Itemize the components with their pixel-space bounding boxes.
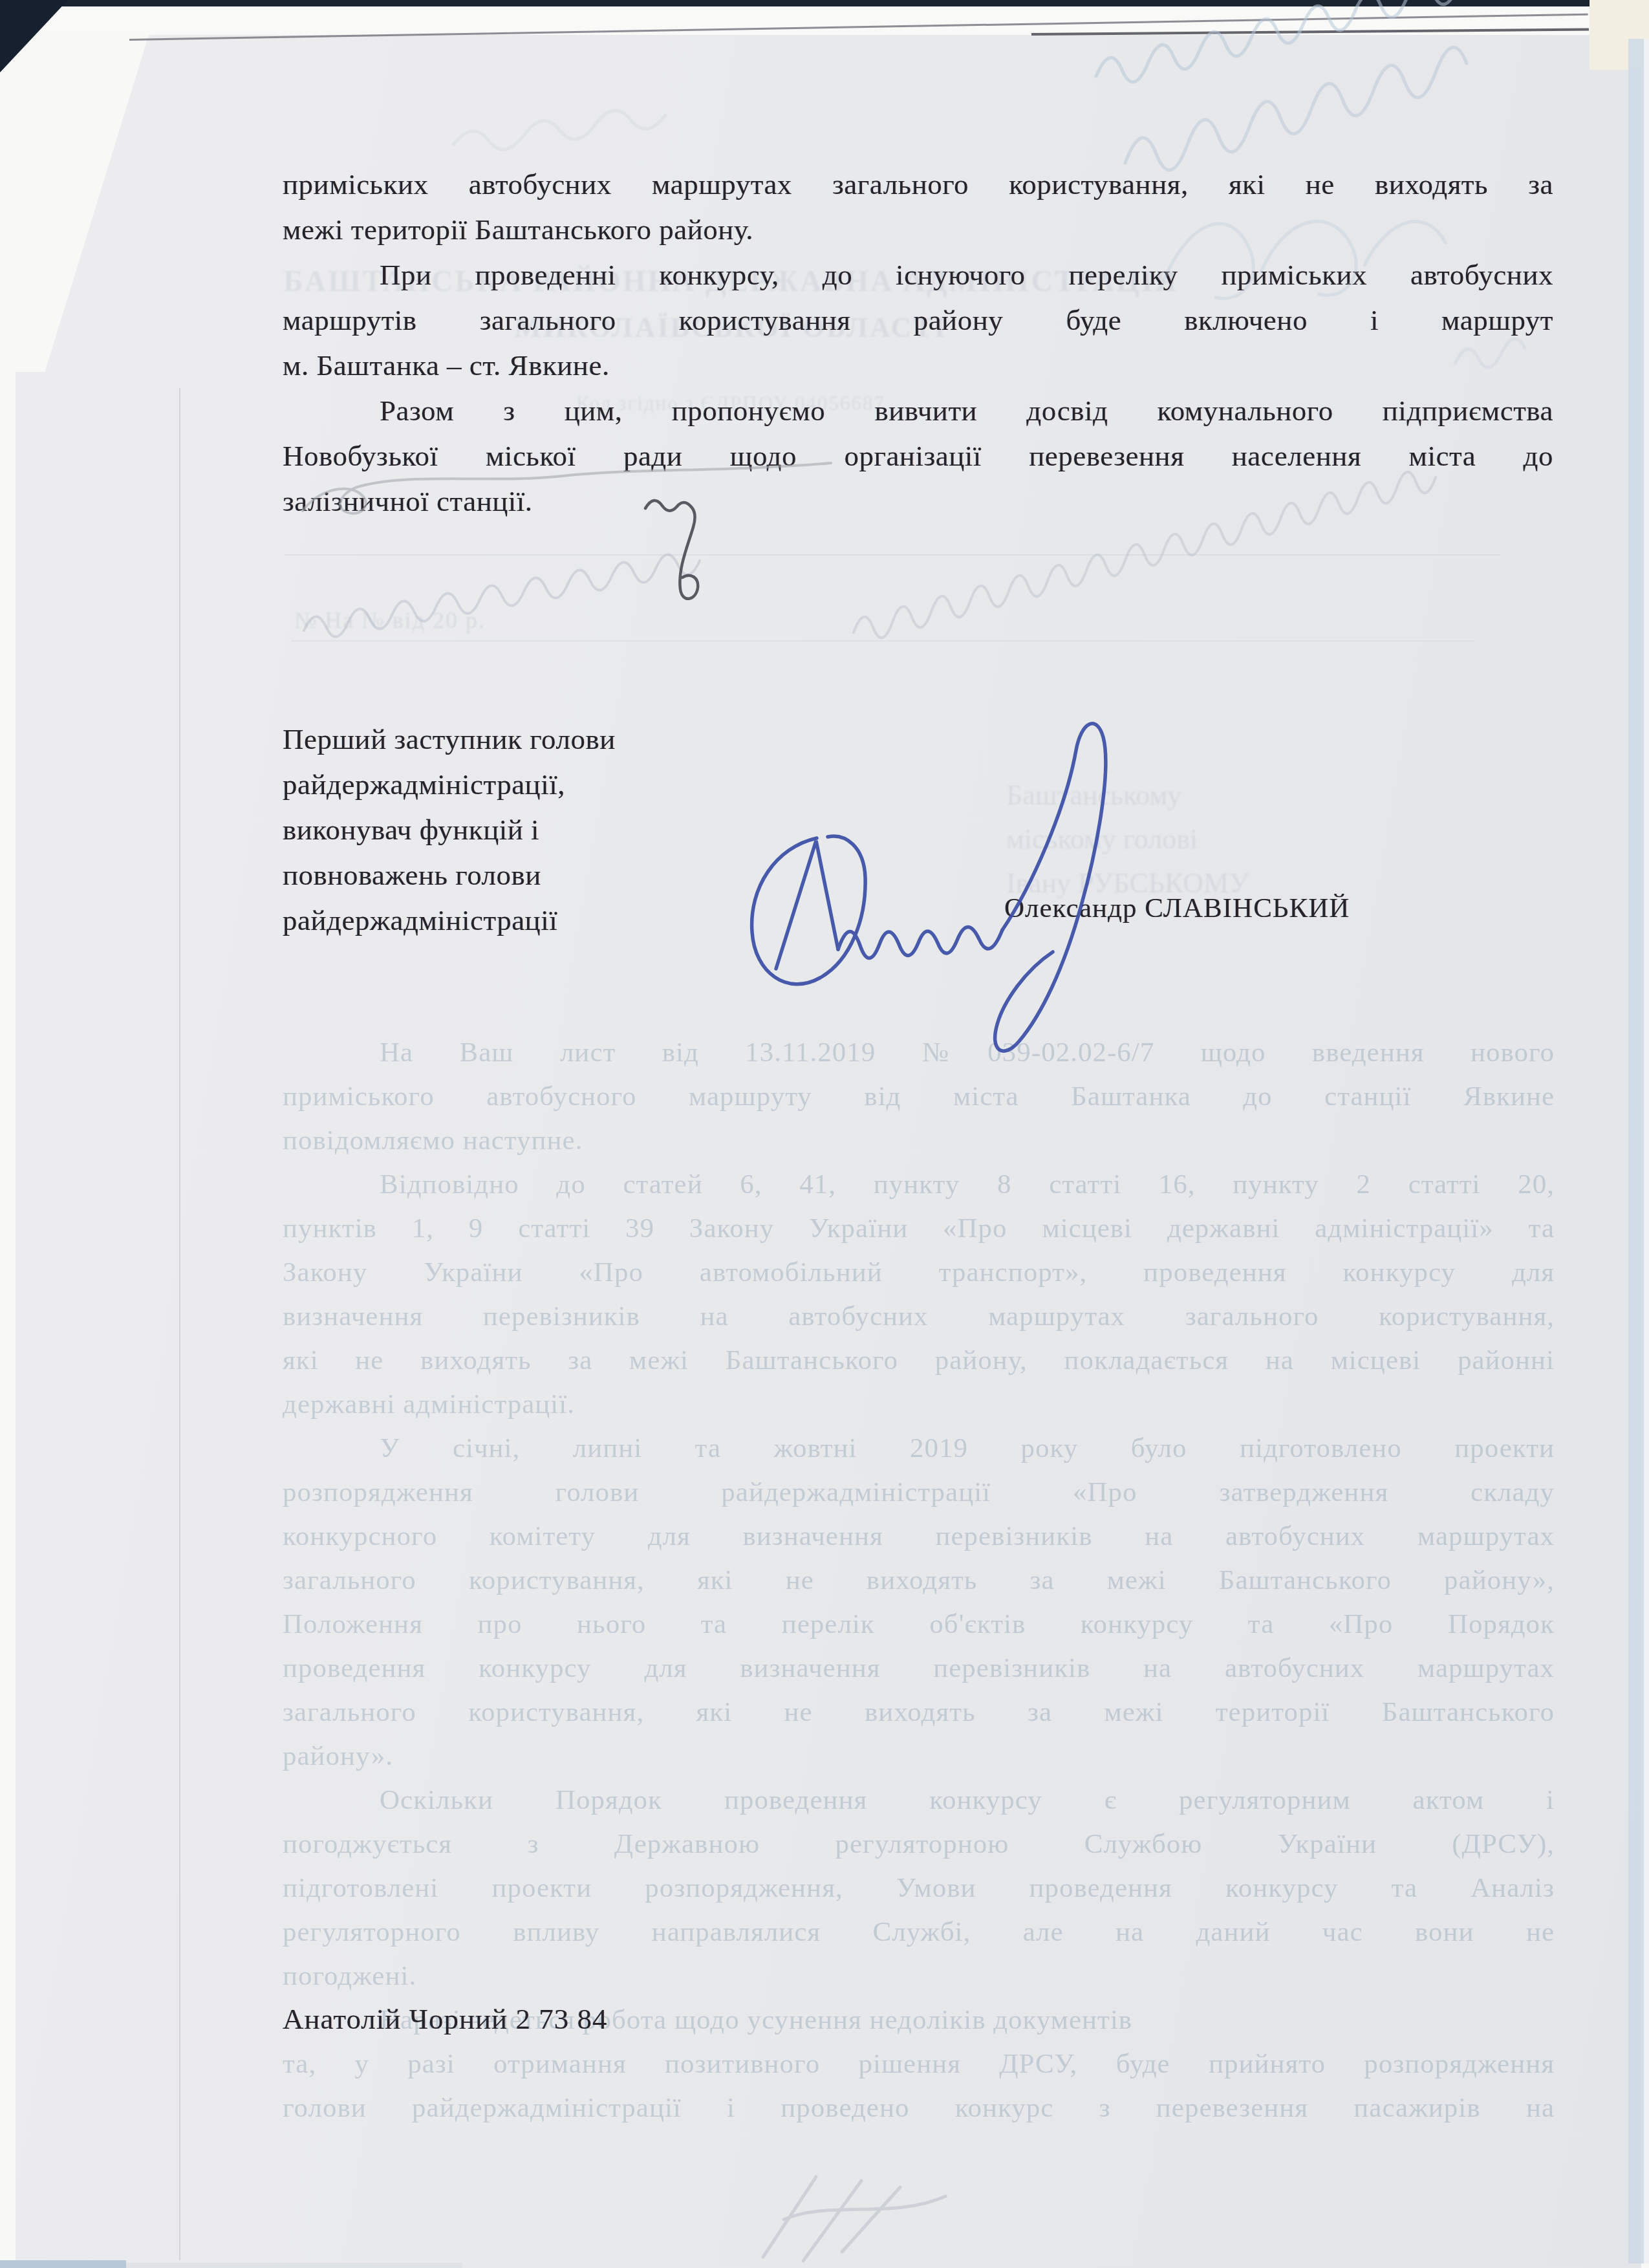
ghost-reference-rule [291, 640, 1474, 642]
body-line: Новобузької міської ради щодо організаці… [283, 433, 1553, 479]
ghost-line: розпорядження голови райдержадміністраці… [283, 1471, 1555, 1515]
ghost-line: загального користування, які не виходять… [283, 1690, 1555, 1734]
ghost-line: На Ваш лист від 13.11.2019 №039-02.02-6/… [283, 1031, 1555, 1075]
ghost-line: голови райдержадміністрації і проведено … [283, 2086, 1555, 2130]
vertical-paper-crease [179, 388, 180, 2260]
body-line: межі території Баштанського району. [283, 207, 1553, 252]
signature-title-line: райдержадміністрації, [283, 762, 994, 807]
ghost-line: повідомляємо наступне. [283, 1119, 1555, 1163]
ghost-page-one-text: На Ваш лист від 13.11.2019 №039-02.02-6/… [283, 1031, 1555, 2130]
scanned-letter-page: { "meta": { "kind": "scanned official le… [0, 0, 1649, 2268]
ghost-line: пунктів 1, 9 статті 39 Закону України «П… [283, 1207, 1555, 1251]
body-line: м. Баштанка – ст. Явкине. [283, 343, 1553, 388]
ghost-addressee-block: Баштанському міському голові Івану РУБСЬ… [1006, 773, 1459, 905]
body-line: маршрутів загального користування району… [283, 297, 1553, 343]
body-line: залізничної станції. [283, 479, 1553, 524]
signatory-name: Олександр СЛАВІНСЬКИЙ [1004, 892, 1350, 924]
ghost-line: погоджені. [283, 1954, 1555, 1998]
ghost-line: визначення перевізників на автобусних ма… [283, 1295, 1555, 1339]
body-line: приміських автобусних маршрутах загально… [283, 162, 1553, 207]
letter-body: приміських автобусних маршрутах загально… [283, 162, 1553, 524]
ghost-line: району». [283, 1734, 1555, 1778]
body-line: Разом з цим, пропонуємо вивчити досвід к… [283, 388, 1553, 433]
signature-title-block: Перший заступник голови райдержадміністр… [283, 717, 994, 943]
ghost-addressee-line: Баштанському [1006, 773, 1459, 817]
ghost-line: проведення конкурсу для визначення перев… [283, 1647, 1555, 1690]
ghost-line: У січні, липні та жовтні 2019 року було … [283, 1427, 1555, 1471]
right-edge-strip [1628, 39, 1644, 2263]
ghost-line: конкурсного комітету для визначення пере… [283, 1515, 1555, 1559]
ghost-line: державні адміністрації. [283, 1383, 1555, 1427]
ghost-line: Положення про нього та перелік об'єктів … [283, 1603, 1555, 1647]
ghost-line: Оскільки Порядок проведення конкурсу є р… [283, 1778, 1555, 1822]
executor-contact-line: Анатолій Чорний 2 73 84 [283, 2002, 607, 2036]
ghost-line: підготовлені проекти розпорядження, Умов… [283, 1866, 1555, 1910]
ghost-line: загального користування, які не виходять… [283, 1559, 1555, 1603]
signature-title-line: виконувач функцій і [283, 807, 994, 852]
bottom-edge-strip [126, 2263, 462, 2268]
ghost-letterhead-rule [285, 554, 1500, 556]
ghost-reference-line: № На № від 20 р. [294, 607, 1523, 634]
ghost-line: приміського автобусного маршруту від міс… [283, 1075, 1555, 1119]
ghost-line: Відповідно до статей 6, 41, пункту 8 ста… [283, 1163, 1555, 1207]
signature-title-line: повноважень голови [283, 852, 994, 898]
ghost-line: регуляторного впливу направлялися Службі… [283, 1910, 1555, 1954]
ghost-line: та, у разі отримання позитивного рішення… [283, 2042, 1555, 2086]
ghost-line: погоджується з Державною регуляторною Сл… [283, 1822, 1555, 1866]
body-line: При проведенні конкурсу, до існуючого пе… [283, 252, 1553, 297]
bottom-left-edge-strip [0, 2260, 126, 2268]
ghost-line: Закону України «Про автомобільний трансп… [283, 1251, 1555, 1295]
ghost-line: які не виходять за межі Баштанського рай… [283, 1339, 1555, 1383]
ghost-addressee-line: міському голові [1006, 817, 1459, 861]
signature-title-line: райдержадміністрації [283, 898, 994, 943]
signature-title-line: Перший заступник голови [283, 717, 994, 762]
scan-top-border [0, 0, 1649, 6]
right-outer-strip [1644, 39, 1649, 2263]
